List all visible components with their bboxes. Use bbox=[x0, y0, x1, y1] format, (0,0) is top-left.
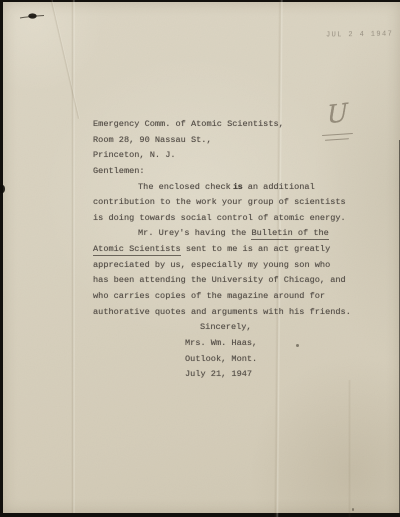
letter-line: July 21, 1947 bbox=[93, 367, 351, 383]
paper-speck bbox=[352, 508, 354, 511]
letter-line: Outlook, Mont. bbox=[93, 352, 351, 368]
typed-text: appreciated by us, especially my young s… bbox=[93, 260, 330, 270]
typed-text: Mrs. Wm. Haas, bbox=[185, 338, 257, 348]
letter-line: Sincerely, bbox=[93, 320, 351, 336]
letter-line: contribution to the work your group of s… bbox=[93, 195, 351, 211]
letter-line: Emergency Comm. of Atomic Scientists, bbox=[93, 117, 351, 133]
letter-line: authorative quotes and arguments with hi… bbox=[93, 305, 351, 321]
letter-line: Mrs. Wm. Haas, bbox=[93, 336, 351, 352]
letter-line: Princeton, N. J. bbox=[93, 148, 351, 164]
typed-text: authorative quotes and arguments with hi… bbox=[93, 307, 351, 317]
letter-line: Room 28, 90 Nassau St., bbox=[93, 133, 351, 149]
letter-line: Atomic Scientists sent to me is an act g… bbox=[93, 242, 351, 258]
letter-line: Mr. Urey's having the Bulletin of the bbox=[93, 226, 351, 242]
letter-body: Emergency Comm. of Atomic Scientists,Roo… bbox=[93, 117, 351, 383]
ink-mark bbox=[18, 10, 50, 24]
typed-text: has been attending the University of Chi… bbox=[93, 275, 346, 285]
letter-line: has been attending the University of Chi… bbox=[93, 273, 351, 289]
letter-line: who carries copies of the magazine aroun… bbox=[93, 289, 351, 305]
letter-line: Gentlemen: bbox=[93, 164, 351, 180]
typed-text: Room 28, 90 Nassau St., bbox=[93, 135, 212, 145]
letter-line: is doing towards social control of atomi… bbox=[93, 211, 351, 227]
typed-text: The enclosed check bbox=[138, 182, 231, 192]
typed-text: who carries copies of the magazine aroun… bbox=[93, 291, 325, 301]
typed-text: Sincerely, bbox=[200, 322, 252, 332]
letter-line: The enclosed checkis an additional bbox=[93, 180, 351, 196]
underlined-text: Bulletin of the bbox=[251, 228, 328, 240]
typed-text: Outlook, Mont. bbox=[185, 354, 257, 364]
scanned-letter: JUL 2 4 1947 U Emergency Comm. of Atomic… bbox=[0, 0, 400, 517]
typed-text: is bbox=[233, 182, 243, 192]
typed-text: Emergency Comm. of Atomic Scientists, bbox=[93, 119, 284, 129]
letter-line: appreciated by us, especially my young s… bbox=[93, 258, 351, 274]
underlined-text: Atomic Scientists bbox=[93, 244, 181, 256]
received-date-stamp: JUL 2 4 1947 bbox=[326, 31, 393, 40]
paper-speck bbox=[0, 185, 5, 193]
typed-text: Mr. Urey's having the bbox=[138, 228, 251, 238]
typed-text: July 21, 1947 bbox=[185, 369, 252, 379]
typed-text: an additional bbox=[243, 182, 315, 192]
typed-text: is doing towards social control of atomi… bbox=[93, 213, 346, 223]
typed-text: Gentlemen: bbox=[93, 166, 145, 176]
typed-text: sent to me is an act greatly bbox=[181, 244, 331, 254]
typed-text: contribution to the work your group of s… bbox=[93, 197, 346, 207]
typed-text: Princeton, N. J. bbox=[93, 150, 176, 160]
